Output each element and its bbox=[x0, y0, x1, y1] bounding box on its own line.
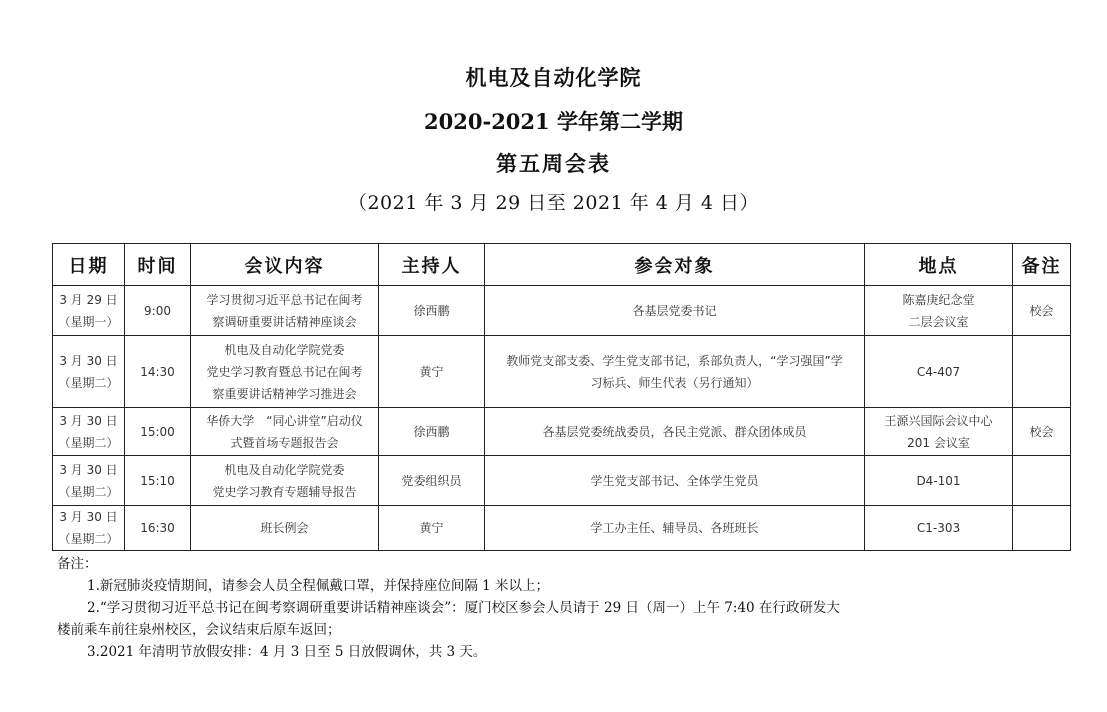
cell-time: 15:00 bbox=[125, 408, 191, 456]
cell-time: 15:10 bbox=[125, 456, 191, 506]
table-row: 3 月 30 日 （星期二） 16:30 班长例会 黄宁 学工办主任、辅导员、各… bbox=[53, 506, 1071, 551]
column-header-remark: 备注 bbox=[1013, 244, 1071, 286]
cell-attendees: 各基层党委统战委员，各民主党派、群众团体成员 bbox=[485, 408, 865, 456]
cell-content: 班长例会 bbox=[191, 506, 379, 551]
table-row: 3 月 30 日 （星期二） 14:30 机电及自动化学院党委 党史学习教育暨总… bbox=[53, 336, 1071, 408]
cell-host: 黄宁 bbox=[379, 336, 485, 408]
cell-location: C4-407 bbox=[865, 336, 1013, 408]
document-title: 第五周会表 bbox=[0, 148, 1107, 178]
cell-content: 机电及自动化学院党委 党史学习教育暨总书记在闽考 察重要讲话精神学习推进会 bbox=[191, 336, 379, 408]
cell-remark: 校会 bbox=[1013, 408, 1071, 456]
column-header-location: 地点 bbox=[865, 244, 1013, 286]
table-row: 3 月 29 日 （星期一） 9:00 学习贯彻习近平总书记在闽考 察调研重要讲… bbox=[53, 286, 1071, 336]
cell-remark bbox=[1013, 456, 1071, 506]
column-header-attendees: 参会对象 bbox=[485, 244, 865, 286]
cell-location: C1-303 bbox=[865, 506, 1013, 551]
cell-host: 党委组织员 bbox=[379, 456, 485, 506]
notes-heading: 备注： bbox=[57, 553, 1057, 575]
cell-host: 徐西鹏 bbox=[379, 408, 485, 456]
cell-location: D4-101 bbox=[865, 456, 1013, 506]
cell-location: 陈嘉庚纪念堂 二层会议室 bbox=[865, 286, 1013, 336]
column-header-time: 时间 bbox=[125, 244, 191, 286]
note-item-3: 3.2021 年清明节放假安排：4 月 3 日至 5 日放假调休，共 3 天。 bbox=[57, 641, 1057, 663]
term-title: 2020-2021 学年第二学期 bbox=[0, 106, 1107, 136]
cell-attendees: 各基层党委书记 bbox=[485, 286, 865, 336]
cell-content: 华侨大学 “同心讲堂”启动仪 式暨首场专题报告会 bbox=[191, 408, 379, 456]
cell-time: 9:00 bbox=[125, 286, 191, 336]
cell-host: 黄宁 bbox=[379, 506, 485, 551]
cell-attendees: 学生党支部书记、全体学生党员 bbox=[485, 456, 865, 506]
meeting-schedule-table: 日期 时间 会议内容 主持人 参会对象 地点 备注 3 月 29 日 （星期一）… bbox=[52, 243, 1071, 551]
cell-attendees: 学工办主任、辅导员、各班班长 bbox=[485, 506, 865, 551]
date-range: （2021 年 3 月 29 日至 2021 年 4 月 4 日） bbox=[0, 188, 1107, 215]
cell-remark bbox=[1013, 506, 1071, 551]
table-header-row: 日期 时间 会议内容 主持人 参会对象 地点 备注 bbox=[53, 244, 1071, 286]
cell-host: 徐西鹏 bbox=[379, 286, 485, 336]
cell-time: 16:30 bbox=[125, 506, 191, 551]
cell-date: 3 月 30 日 （星期二） bbox=[53, 336, 125, 408]
column-header-content: 会议内容 bbox=[191, 244, 379, 286]
institution-title: 机电及自动化学院 bbox=[0, 62, 1107, 92]
cell-date: 3 月 30 日 （星期二） bbox=[53, 456, 125, 506]
cell-time: 14:30 bbox=[125, 336, 191, 408]
notes-section: 备注： 1.新冠肺炎疫情期间，请参会人员全程佩戴口罩，并保持座位间隔 1 米以上… bbox=[57, 553, 1057, 663]
note-item-1: 1.新冠肺炎疫情期间，请参会人员全程佩戴口罩，并保持座位间隔 1 米以上； bbox=[57, 575, 1057, 597]
cell-content: 学习贯彻习近平总书记在闽考 察调研重要讲话精神座谈会 bbox=[191, 286, 379, 336]
cell-location: 王源兴国际会议中心 201 会议室 bbox=[865, 408, 1013, 456]
cell-content: 机电及自动化学院党委 党史学习教育专题辅导报告 bbox=[191, 456, 379, 506]
column-header-date: 日期 bbox=[53, 244, 125, 286]
table-row: 3 月 30 日 （星期二） 15:00 华侨大学 “同心讲堂”启动仪 式暨首场… bbox=[53, 408, 1071, 456]
cell-remark bbox=[1013, 336, 1071, 408]
cell-date: 3 月 30 日 （星期二） bbox=[53, 506, 125, 551]
cell-attendees: 教师党支部支委、学生党支部书记，系部负责人，“学习强国”学 习标兵、师生代表（另… bbox=[485, 336, 865, 408]
note-item-2: 2.“学习贯彻习近平总书记在闽考察调研重要讲话精神座谈会”：厦门校区参会人员请于… bbox=[57, 597, 1057, 619]
cell-remark: 校会 bbox=[1013, 286, 1071, 336]
table-row: 3 月 30 日 （星期二） 15:10 机电及自动化学院党委 党史学习教育专题… bbox=[53, 456, 1071, 506]
cell-date: 3 月 30 日 （星期二） bbox=[53, 408, 125, 456]
cell-date: 3 月 29 日 （星期一） bbox=[53, 286, 125, 336]
column-header-host: 主持人 bbox=[379, 244, 485, 286]
note-item-2-continued: 楼前乘车前往泉州校区，会议结束后原车返回； bbox=[57, 619, 1057, 641]
